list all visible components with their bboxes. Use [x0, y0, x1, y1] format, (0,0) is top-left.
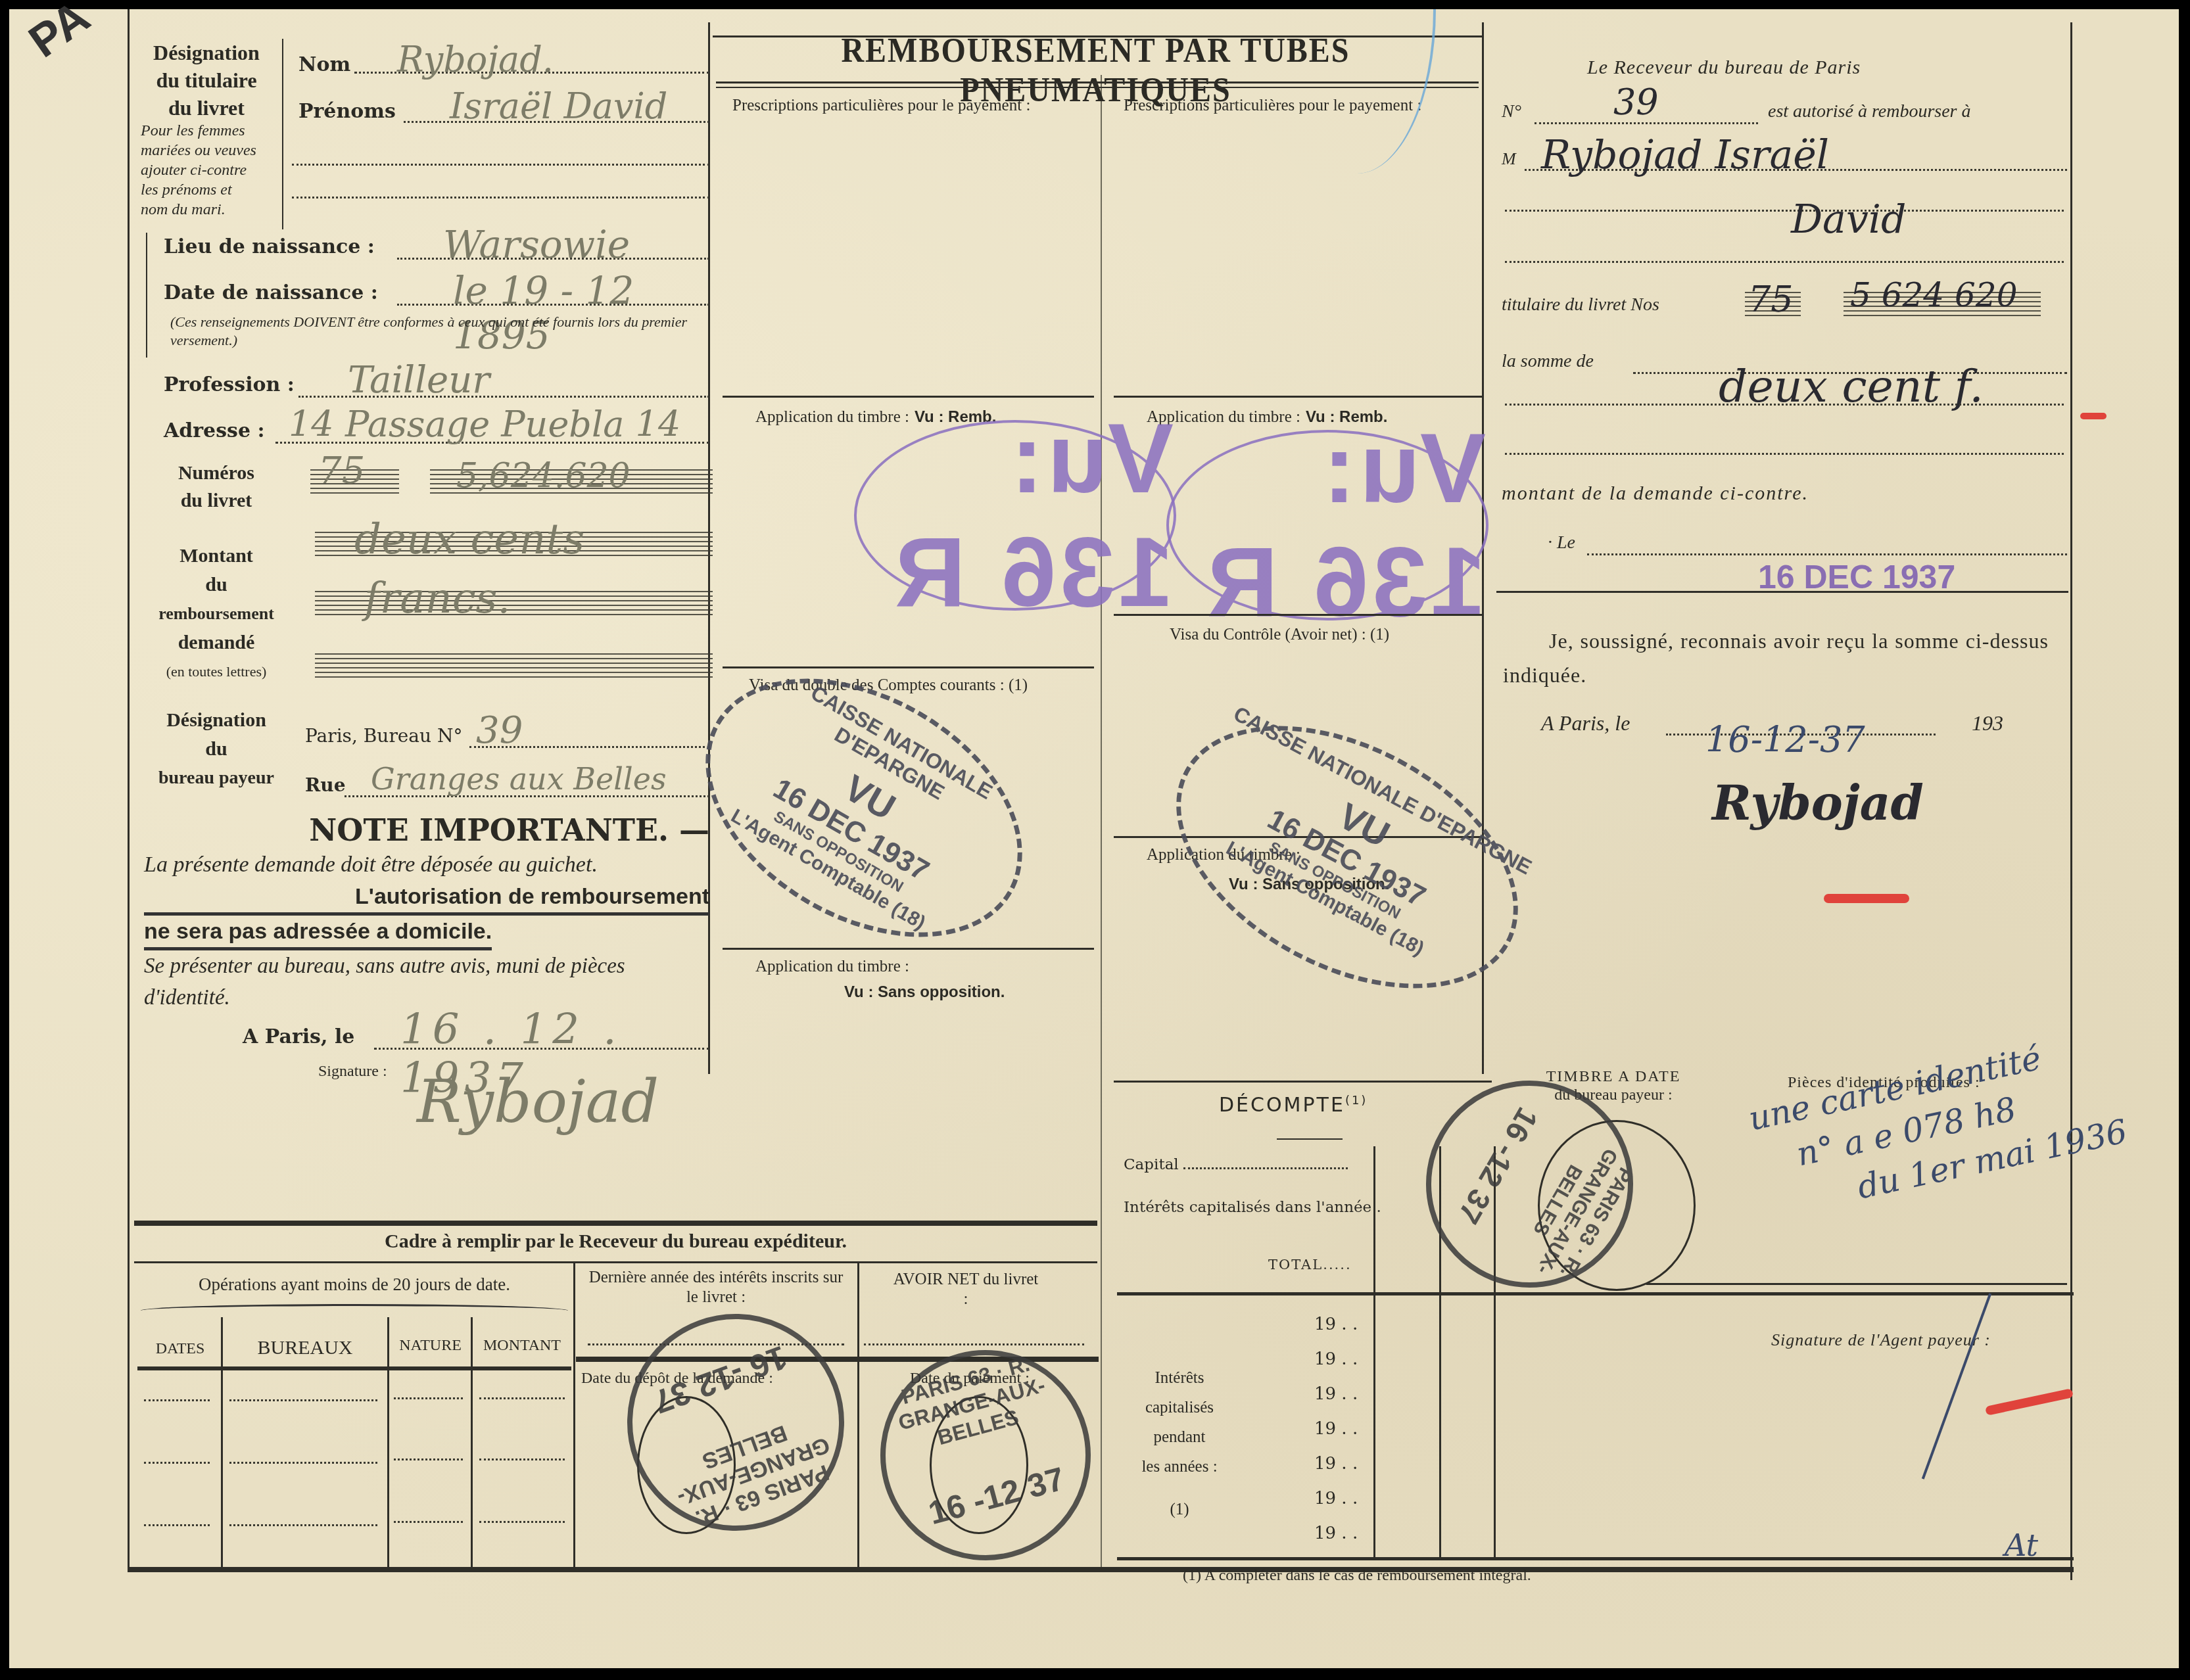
montant-label-line: remboursement	[147, 599, 285, 628]
col-sep-2	[387, 1317, 389, 1567]
titulaire-value-1: 75	[1748, 279, 1794, 320]
year-row: 19 . .	[1314, 1412, 1358, 1447]
col-nature: NATURE	[389, 1337, 471, 1355]
note-line-3: ne sera pas adressée a domicile.	[144, 916, 492, 950]
rue-label: Rue	[305, 774, 345, 796]
interets-label-line: Intérêts capitalisés	[1127, 1363, 1232, 1422]
holder-note-line: ajouter ci-contre	[141, 160, 275, 180]
numeros-value-1: 75	[318, 450, 365, 492]
right-paris-le-value: 16-12-37	[1705, 719, 1865, 760]
prenoms-value: Israël David	[450, 85, 667, 127]
identite-underline	[1646, 1283, 2067, 1285]
holder-note-line: mariées ou veuves	[141, 141, 275, 160]
purple-stamp-1: Vu: 136 R	[854, 420, 1176, 611]
numeros-label-line: Numéros	[154, 459, 279, 487]
year-row: 19 . .	[1314, 1307, 1358, 1342]
agent-label: Signature de l'Agent payeur :	[1771, 1330, 1991, 1350]
lieu-label: Lieu de naissance :	[164, 235, 375, 258]
capital-label: Capital	[1124, 1156, 1179, 1173]
conform-note: (Ces renseignements DOIVENT être conform…	[151, 313, 709, 350]
right-frame-line	[2070, 22, 2072, 1580]
avoir-net-label: AVOIR NET du livret :	[890, 1270, 1041, 1309]
profession-field[interactable]: Profession : Tailleur	[164, 364, 709, 400]
postmark-date: 16 -12 37	[895, 1451, 1098, 1540]
holder-note-line: les prénoms et	[141, 180, 275, 200]
note-title: NOTE IMPORTANTE. —	[309, 812, 709, 848]
note-line-1: La présente demande doit être déposée au…	[144, 849, 709, 881]
document-page: PA Désignation du titulaire du livret Po…	[9, 9, 2179, 1668]
decompte-bottom-line	[1117, 1557, 2074, 1560]
titulaire-field[interactable]: titulaire du livret Nos 75 5 624 620	[1502, 285, 2093, 325]
col-sep-4	[573, 1261, 575, 1567]
holder-label-line: Désignation	[141, 39, 272, 66]
left-paris-le-label: A Paris, le	[243, 1025, 354, 1048]
dots-row	[229, 1524, 377, 1526]
right-le-label: · Le	[1548, 532, 1575, 553]
col-dates: DATES	[141, 1340, 220, 1358]
cols-header-underline	[137, 1366, 571, 1370]
interets-label-line: (1)	[1127, 1495, 1232, 1524]
montant-label: Montant du remboursement demandé (en tou…	[147, 542, 285, 686]
total-row: TOTAL.....	[1268, 1257, 1352, 1272]
purple-stamp-text: Vu: 136 R	[857, 402, 1174, 629]
titulaire-value-2: 5 624 620	[1850, 276, 2017, 314]
dots-row	[479, 1397, 565, 1399]
blue-pencil-stroke	[1357, 9, 1436, 174]
cadre-title: Cadre à remplir par le Receveur du burea…	[134, 1230, 1097, 1253]
fold-line	[1101, 75, 1102, 1567]
dots-row	[229, 1399, 377, 1401]
holder-note-line: nom du mari.	[141, 200, 275, 220]
red-mark-1	[2080, 413, 2107, 419]
decompte-sup: (1)	[1345, 1094, 1368, 1108]
operations-brace	[141, 1304, 568, 1317]
decompte-top-line	[1114, 1081, 1492, 1083]
dots-row	[394, 1521, 463, 1523]
dots-row	[479, 1521, 565, 1523]
somme-label: la somme de	[1502, 351, 1594, 372]
postmark-paiement: PARIS 63 · R. GRANGE-AUX-BELLES 16 -12 3…	[857, 1326, 1114, 1584]
bureau-no-value: 39	[476, 709, 523, 752]
left-signature-label: Signature :	[318, 1063, 387, 1081]
dots-row	[229, 1462, 377, 1464]
dots-row	[394, 1458, 463, 1460]
right-mid-line	[1496, 591, 2068, 593]
date-naissance-label: Date de naissance :	[164, 281, 378, 304]
purple-stamp-2: Vu: 136 R	[1166, 430, 1488, 620]
middle-line-c-left	[723, 948, 1094, 950]
year-row: 19 . .	[1314, 1516, 1358, 1551]
right-paris-le-label: A Paris, le	[1541, 711, 1630, 735]
adresse-label: Adresse :	[164, 419, 265, 442]
vu-sans-opposition-left: Vu : Sans opposition.	[844, 983, 1005, 1002]
right-le-field[interactable]: · Le	[1548, 528, 2067, 561]
dots-row	[144, 1524, 210, 1526]
year-suffix: 193	[1972, 711, 2003, 735]
right-m-label: M	[1502, 149, 1516, 169]
holder-label-line: du livret	[141, 94, 272, 122]
bureau-no-label: Paris, Bureau N°	[305, 725, 462, 747]
col-sep-5	[857, 1261, 859, 1567]
total-label: TOTAL	[1268, 1257, 1323, 1272]
prenoms-label: Prénoms	[298, 100, 396, 123]
prenoms-field[interactable]: Prénoms Israël David	[298, 95, 709, 128]
col-montant: MONTANT	[473, 1337, 571, 1355]
cne-stamp-2: CAISSE NATIONALE D'EPARGNE VU 16 DEC 193…	[1132, 672, 1562, 1042]
bureau-label: Désignation du bureau payeur	[147, 706, 285, 793]
holder-brace	[282, 39, 283, 229]
year-row: 19 . .	[1314, 1342, 1358, 1377]
visa-controle: Visa du Contrôle (Avoir net) : (1)	[1170, 626, 1389, 644]
nom-label: Nom	[298, 53, 350, 76]
right-no-field[interactable]: N° 39 est autorisé à rembourser à	[1502, 95, 2067, 131]
prescriptions-left: Prescriptions particulières pour le paye…	[732, 97, 1030, 115]
right-m-value-1: Rybojad Israël	[1541, 132, 1829, 178]
nom-field[interactable]: Nom Rybojad.	[298, 45, 709, 78]
autorise-text: est autorisé à rembourser à	[1768, 101, 1971, 122]
years-list: 19 . . 19 . . 19 . . 19 . . 19 . . 19 . …	[1314, 1307, 1358, 1551]
naissance-brace	[146, 233, 147, 358]
note-line-4: Se présenter au bureau, sans autre avis,…	[144, 950, 709, 1014]
rue-value: Granges aux Belles	[371, 761, 667, 797]
titulaire-label: titulaire du livret Nos	[1502, 294, 1659, 315]
right-extra-dots-1	[1505, 210, 2064, 212]
capital-row: Capital	[1124, 1156, 1373, 1173]
lieu-value: Warsowie	[443, 222, 630, 267]
dots-row	[144, 1462, 210, 1464]
numeros-label-line: du livret	[154, 487, 279, 515]
decompte-mid-line	[1117, 1292, 2074, 1295]
lieu-field[interactable]: Lieu de naissance : Warsowie	[164, 226, 709, 262]
receveur-line: Le Receveur du bureau de Paris	[1587, 57, 1861, 79]
middle-line-a-right	[1114, 396, 1482, 398]
decompte-title: DÉCOMPTE(1)	[1219, 1094, 1368, 1117]
year-row: 19 . .	[1314, 1447, 1358, 1482]
middle-line-a-left	[723, 396, 1094, 398]
holder-label-line: du titulaire	[141, 66, 272, 94]
decompte-title-text: DÉCOMPTE	[1219, 1094, 1345, 1117]
col-sep-3	[471, 1317, 473, 1567]
holder-note: Pour les femmes mariées ou veuves ajoute…	[141, 121, 275, 220]
middle-line-b-right	[1114, 614, 1482, 616]
date-naissance-field[interactable]: Date de naissance : le 19 - 12 1895	[164, 272, 709, 308]
postmark-text: PARIS 63 · R. GRANGE-AUX-BELLES	[643, 1399, 863, 1542]
bureau-no-field[interactable]: Paris, Bureau N° 39	[305, 716, 709, 752]
note-importante: NOTE IMPORTANTE. — La présente demande d…	[144, 814, 709, 1014]
dots-row	[144, 1399, 210, 1401]
recu-text: Je, soussigné, reconnais avoir reçu la s…	[1503, 624, 2049, 692]
right-paris-le-field[interactable]: A Paris, le 16-12-37 193	[1541, 706, 2067, 745]
interets-label: Intérêts capitalisés pendant les années …	[1127, 1363, 1232, 1524]
montant-value-1: deux cents	[354, 515, 584, 564]
montant-value-2: francs.	[364, 574, 511, 623]
red-mark-3	[1985, 1388, 2074, 1416]
postmark-depot: PARIS 63 · R. GRANGE-AUX-BELLES 16 -12 3…	[597, 1284, 875, 1562]
cadre-top-line	[134, 1221, 1097, 1226]
application-timbre-left: Application du timbre :	[755, 958, 909, 976]
year-row: 19 . .	[1314, 1377, 1358, 1412]
adresse-field[interactable]: Adresse : 14 Passage Puebla 14	[164, 410, 709, 446]
holder-label: Désignation du titulaire du livret	[141, 39, 272, 122]
somme-dots-2	[1505, 404, 2064, 406]
capital-dots	[1183, 1167, 1348, 1169]
bureau-label-line: Désignation	[147, 706, 285, 735]
extra-dots-1	[292, 164, 709, 166]
profession-label: Profession :	[164, 373, 295, 396]
initials: At	[2005, 1528, 2038, 1563]
rue-field[interactable]: Rue Granges aux Belles	[305, 765, 709, 801]
corner-stamp: PA	[19, 0, 99, 68]
year-row: 19 . .	[1314, 1482, 1358, 1516]
bureau-label-line: bureau payeur	[147, 764, 285, 793]
right-le-dots	[1587, 553, 2067, 555]
left-signature-value: Rybojad	[417, 1067, 659, 1136]
decompte-footnote: (1) A compléter dans le cas de rembourse…	[1183, 1567, 1531, 1585]
agent-signature-stroke	[1922, 1293, 1991, 1479]
cadre-title-underline	[134, 1261, 1097, 1263]
montant-demande: montant de la demande ci-contre.	[1502, 482, 1809, 505]
montant-label-line: demandé	[147, 628, 285, 657]
decompte-title-underline	[1277, 1138, 1343, 1140]
numeros-value-2: 5,624.620	[456, 456, 631, 496]
col-bureaux: BUREAUX	[223, 1337, 387, 1359]
numeros-label: Numéros du livret	[154, 459, 279, 515]
purple-stamp-text: Vu: 136 R	[1169, 411, 1486, 639]
dots-row	[479, 1458, 565, 1460]
right-signature-value: Rybojad	[1712, 775, 1924, 831]
dots-row	[394, 1397, 463, 1399]
interets-label-line: pendant	[1127, 1422, 1232, 1452]
bureau-label-line: du	[147, 735, 285, 764]
right-extra-dots-2	[1505, 261, 2064, 263]
extra-dots-2	[292, 197, 709, 198]
montant-label-line: (en toutes lettres)	[147, 657, 285, 686]
interets-annee-label: Intérêts capitalisés dans l'année .	[1124, 1199, 1381, 1216]
adresse-value: 14 Passage Puebla 14	[289, 404, 680, 445]
montant-label-line: du	[147, 571, 285, 599]
left-frame-line	[128, 9, 130, 1567]
right-m-field[interactable]: M Rybojad Israël	[1502, 137, 2067, 177]
somme-dots-3	[1505, 453, 2064, 455]
note-line-2: L'autorisation de remboursement	[144, 881, 709, 916]
derniere-annee-label: Dernière année des intérêts inscrits sur…	[581, 1268, 851, 1307]
interets-label-line: les années :	[1127, 1452, 1232, 1482]
profession-value: Tailleur	[348, 359, 490, 402]
red-mark-2	[1824, 894, 1909, 903]
nom-value: Rybojad.	[397, 39, 554, 80]
bottom-frame	[128, 1567, 2074, 1572]
left-paris-le-field[interactable]: A Paris, le 16 . 12 . 1937	[243, 1015, 709, 1054]
right-m-value-2: David	[1791, 197, 1906, 243]
montant-label-line: Montant	[147, 542, 285, 571]
interets-annee-row: Intérêts capitalisés dans l'année .	[1124, 1199, 1381, 1216]
holder-note-line: Pour les femmes	[141, 121, 275, 141]
col-sep-1	[221, 1317, 223, 1567]
montant-box-3	[315, 653, 713, 681]
right-no-value: 39	[1613, 82, 1659, 123]
operations-label: Opérations ayant moins de 20 jours de da…	[137, 1274, 571, 1295]
right-no-label: N°	[1502, 101, 1521, 122]
